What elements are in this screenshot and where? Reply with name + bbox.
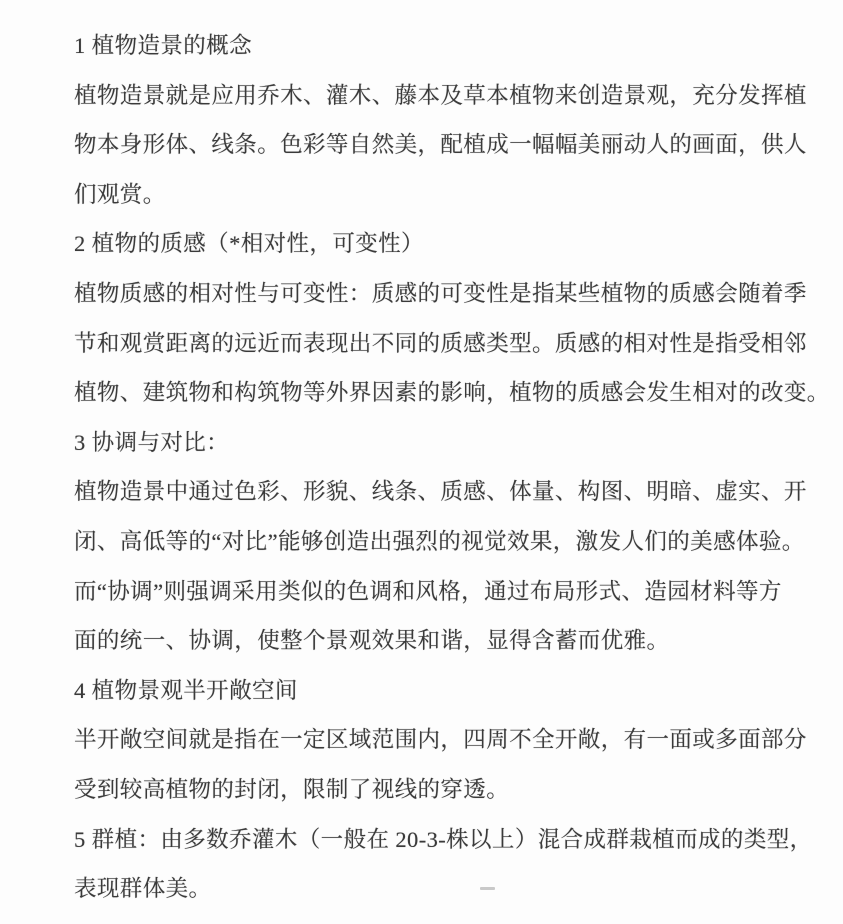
text-line: 3 协调与对比： xyxy=(74,418,803,468)
text-line: 闭、高低等的“对比”能够创造出强烈的视觉效果，激发人们的美感体验。 xyxy=(74,517,803,567)
text-line: 2 植物的质感（*相对性，可变性） xyxy=(74,219,803,269)
stray-dash-mark xyxy=(480,887,495,890)
text-line: 受到较高植物的封闭，限制了视线的穿透。 xyxy=(74,765,803,815)
text-line: 们观赏。 xyxy=(74,170,803,220)
text-line: 植物质感的相对性与可变性：质感的可变性是指某些植物的质感会随着季 xyxy=(74,269,803,319)
text-line: 植物造景中通过色彩、形貌、线条、质感、体量、构图、明暗、虚实、开 xyxy=(74,467,803,517)
text-line: 5 群植：由多数乔灌木（一般在 20-3-株以上）混合成群栽植而成的类型， xyxy=(74,815,803,865)
text-line: 植物造景就是应用乔木、灌木、藤本及草本植物来创造景观，充分发挥植 xyxy=(74,71,803,121)
text-line: 面的统一、协调，使整个景观效果和谐，显得含蓄而优雅。 xyxy=(74,616,803,666)
text-line: 物本身形体、线条。色彩等自然美，配植成一幅幅美丽动人的画面，供人 xyxy=(74,120,803,170)
text-line: 表现群体美。 xyxy=(74,864,803,914)
text-line: 节和观赏距离的远近而表现出不同的质感类型。质感的相对性是指受相邻 xyxy=(74,319,803,369)
text-line: 1 植物造景的概念 xyxy=(74,21,803,71)
text-line: 植物、建筑物和构筑物等外界因素的影响，植物的质感会发生相对的改变。 xyxy=(74,368,803,418)
text-line: 半开敞空间就是指在一定区域范围内，四周不全开敞，有一面或多面部分 xyxy=(74,715,803,765)
document-page: 1 植物造景的概念植物造景就是应用乔木、灌木、藤本及草本植物来创造景观，充分发挥… xyxy=(0,0,843,924)
document-content: 1 植物造景的概念植物造景就是应用乔木、灌木、藤本及草本植物来创造景观，充分发挥… xyxy=(74,21,803,914)
text-line: 4 植物景观半开敞空间 xyxy=(74,666,803,716)
text-line: 而“协调”则强调采用类似的色调和风格，通过布局形式、造园材料等方 xyxy=(74,567,803,617)
